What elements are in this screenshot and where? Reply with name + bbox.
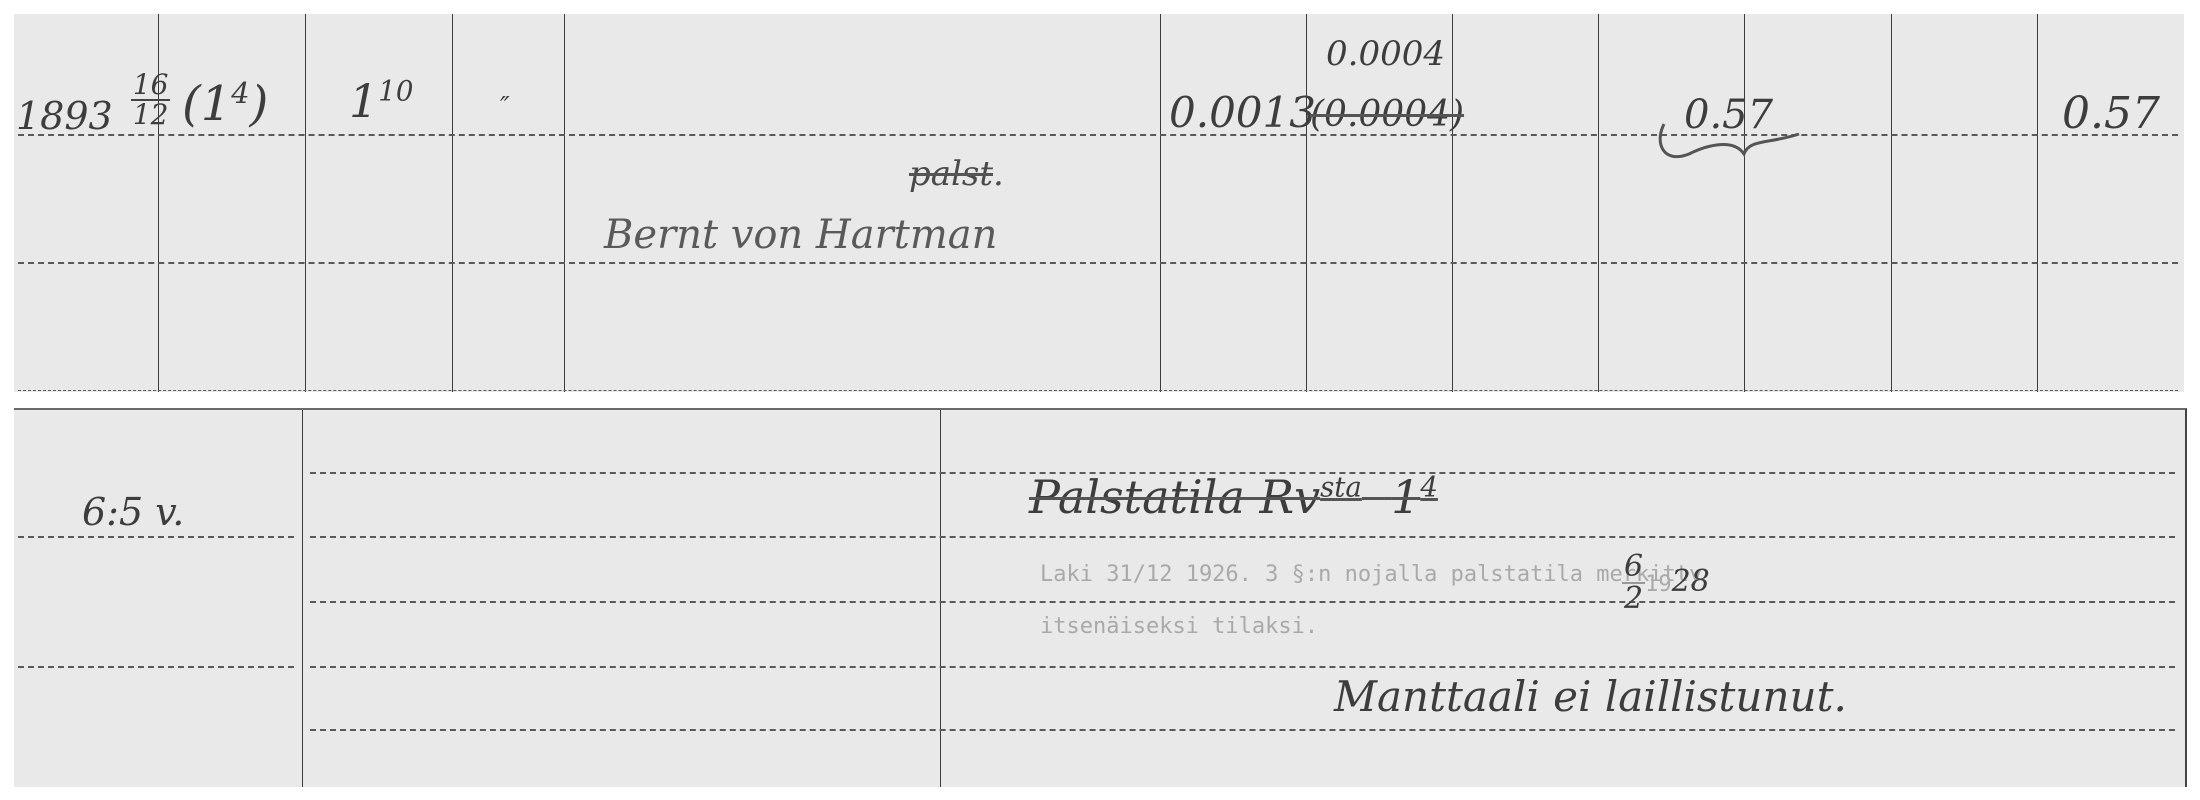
row-rule <box>310 666 2175 668</box>
entry-reference: 110 <box>349 74 413 128</box>
stamp-line-2: itsenäiseksi tilaksi. <box>1040 614 1318 639</box>
row-rule <box>310 601 2175 603</box>
row-rule <box>18 536 294 538</box>
date-year: 1893 <box>16 94 113 138</box>
struck-heading: Palstatila Rvsta 14 <box>1029 470 1438 524</box>
entry-left-cell: 6:5 v. <box>82 490 184 534</box>
column-rule <box>302 410 303 787</box>
column-rule <box>1160 14 1161 392</box>
row-rule <box>18 666 294 668</box>
top-register-strip: 1893 16 12 (14) 110 ″ palst. Bernt von H… <box>14 14 2184 392</box>
column-rule <box>1598 14 1599 392</box>
column-rule <box>564 14 565 392</box>
date-fraction: 16 12 <box>131 71 171 129</box>
column-rule <box>1891 14 1892 392</box>
struck-word: palst. <box>909 154 1004 194</box>
row-rule <box>18 262 2178 264</box>
row-rule <box>310 536 2175 538</box>
row-rule <box>310 729 2175 731</box>
note-manttaali: Manttaali ei laillistunut. <box>1334 672 1847 721</box>
column-rule <box>452 14 453 392</box>
row-rule <box>18 390 2178 391</box>
value-b-corrected: 0.0004 <box>1326 34 1445 74</box>
value-a: 0.0013 <box>1169 88 1316 137</box>
column-rule <box>2037 14 2038 392</box>
stamp-date-fraction: 6 2 <box>1622 552 1645 614</box>
column-rule <box>305 14 306 392</box>
entry-parcel-number: (14) <box>182 76 268 132</box>
column-rule <box>1744 14 1745 392</box>
ditto-mark: ″ <box>500 92 510 122</box>
stamp-date-fill: 6 2 1928 <box>1622 552 1710 614</box>
row-rule <box>18 134 2178 136</box>
value-b-struck: (0.0004) <box>1310 94 1464 135</box>
value-d: 0.57 <box>2062 88 2160 139</box>
stamp-line-1: Laki 31/12 1926. 3 §:n nojalla palstatil… <box>1040 562 1702 587</box>
entry-date: 1893 16 12 <box>16 94 170 138</box>
column-rule <box>1306 14 1307 392</box>
curly-brace-icon <box>1654 114 1804 174</box>
owner-name: Bernt von Hartman <box>604 212 997 258</box>
column-rule <box>1452 14 1453 392</box>
bottom-register-strip: 6:5 v. Palstatila Rvsta 14 Laki 31/12 19… <box>14 408 2187 787</box>
